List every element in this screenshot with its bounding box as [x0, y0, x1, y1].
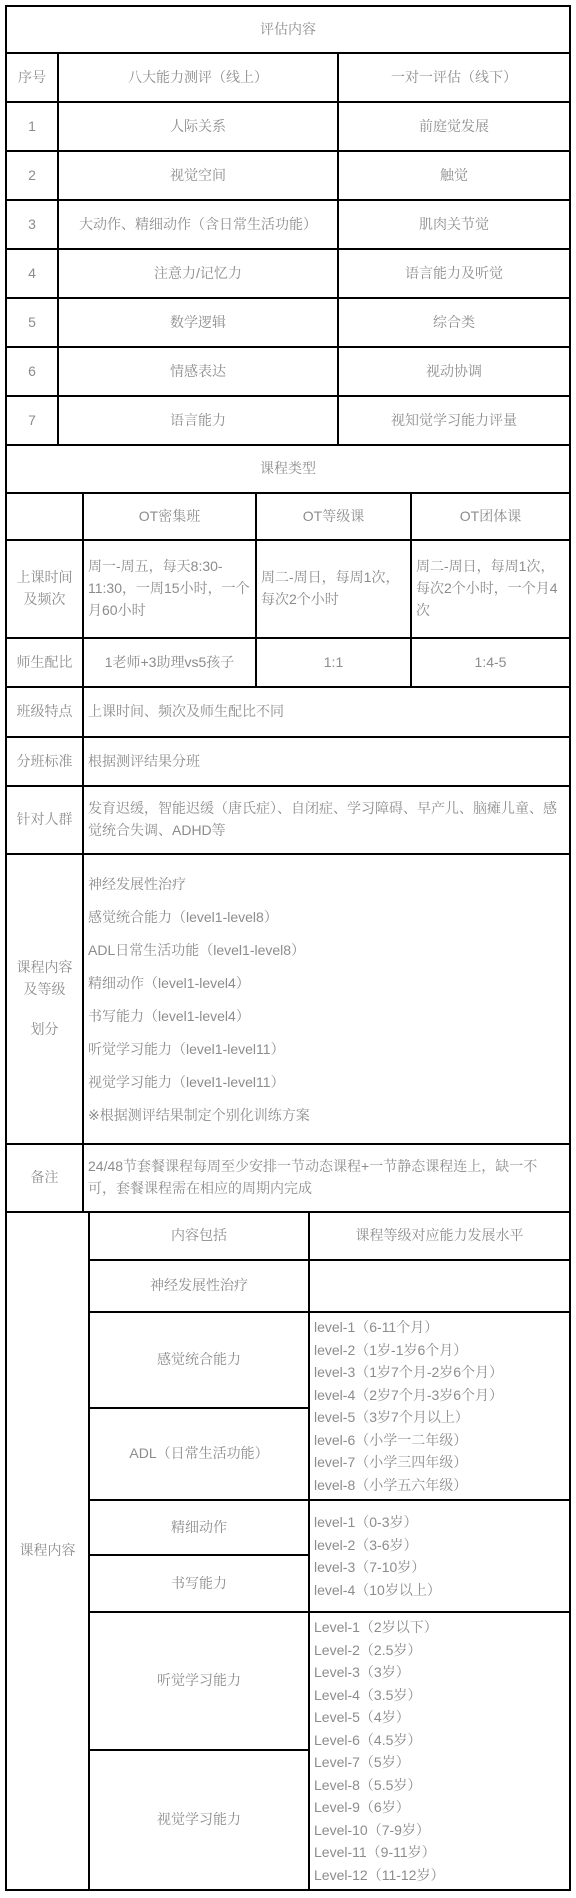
visual-learning-item: 视觉学习能力 [89, 1750, 309, 1890]
online-item: 语言能力 [58, 396, 338, 445]
placement-label: 分班标准 [6, 737, 83, 786]
ratio-group: 1:4-5 [411, 638, 570, 687]
page: 评估内容 序号 八大能力测评（线上） 一对一评估（线下） 1 人际关系 前庭觉发… [0, 0, 576, 1896]
auditory-learning-item: 听觉学习能力 [89, 1612, 309, 1750]
auditory-row: 听觉学习能力 Level-1（2岁以下）Level-2（2.5岁）Level-3… [6, 1612, 570, 1750]
learning-levels-list: Level-1（2岁以下）Level-2（2.5岁）Level-3（3岁）Lev… [309, 1612, 570, 1890]
ratio-level: 1:1 [256, 638, 411, 687]
ndt-item: 神经发展性治疗 [89, 1260, 309, 1312]
row-index: 1 [6, 102, 58, 151]
row-index: 7 [6, 396, 58, 445]
class-feature-value: 上课时间、频次及师生配比不同 [83, 687, 570, 737]
course-type-title: 课程类型 [6, 445, 570, 493]
schedule-label: 上课时间及频次 [6, 540, 83, 638]
course-type-title-row: 课程类型 [6, 445, 570, 493]
notes-value: 24/48节套餐课程每周至少安排一节动态课程+一节静态课程连上，缺一不可，套餐课… [83, 1144, 570, 1212]
row-index: 3 [6, 200, 58, 249]
adl-item: ADL（日常生活功能） [89, 1408, 309, 1500]
content-levels-list: 神经发展性治疗感觉统合能力（level1-level8）ADL日常生活功能（le… [83, 854, 570, 1144]
assessment-header-row: 序号 八大能力测评（线上） 一对一评估（线下） [6, 53, 570, 102]
course-content-header-row: 课程内容 内容包括 课程等级对应能力发展水平 [6, 1212, 570, 1260]
online-item: 人际关系 [58, 102, 338, 151]
content-include-header: 内容包括 [89, 1212, 309, 1260]
online-item: 大动作、精细动作（含日常生活功能） [58, 200, 338, 249]
placement-row: 分班标准 根据测评结果分班 [6, 737, 570, 786]
offline-item: 语言能力及听觉 [338, 249, 570, 298]
motor-levels-list: level-1（0-3岁）level-2（3-6岁）level-3（7-10岁）… [309, 1500, 570, 1612]
col-header-online-assessment: 八大能力测评（线上） [58, 53, 338, 102]
fine-motor-item: 精细动作 [89, 1500, 309, 1555]
table-row: 4 注意力/记忆力 语言能力及听觉 [6, 249, 570, 298]
table-row: 3 大动作、精细动作（含日常生活功能） 肌肉关节觉 [6, 200, 570, 249]
content-levels-row: 课程内容及等级 划分 神经发展性治疗感觉统合能力（level1-level8）A… [6, 854, 570, 1144]
row-index: 2 [6, 151, 58, 200]
audience-label: 针对人群 [6, 786, 83, 854]
offline-item: 视知觉学习能力评量 [338, 396, 570, 445]
assessment-table: 评估内容 序号 八大能力测评（线上） 一对一评估（线下） 1 人际关系 前庭觉发… [5, 5, 571, 446]
row-index: 4 [6, 249, 58, 298]
sensory-row: 感觉统合能力 level-1（6-11个月）level-2（1岁-1岁6个月）l… [6, 1312, 570, 1408]
schedule-group: 周二-周日，每周1次，每次2个小时，一个月4次 [411, 540, 570, 638]
content-levels-label: 课程内容及等级 划分 [6, 854, 83, 1144]
sensory-integration-item: 感觉统合能力 [89, 1312, 309, 1408]
notes-row: 备注 24/48节套餐课程每周至少安排一节动态课程+一节静态课程连上，缺一不可，… [6, 1144, 570, 1212]
class-feature-row: 班级特点 上课时间、频次及师生配比不同 [6, 687, 570, 737]
row-index: 5 [6, 298, 58, 347]
schedule-level: 周二-周日，每周1次，每次2个小时 [256, 540, 411, 638]
row-index: 6 [6, 347, 58, 396]
audience-value: 发育迟缓，智能迟缓（唐氏症）、自闭症、学习障碍、早产儿、脑瘫儿童、感觉统合失调、… [83, 786, 570, 854]
content-levels-label-line1: 课程内容及等级 [11, 957, 78, 1000]
assessment-title-row: 评估内容 [6, 6, 570, 53]
ratio-intensive: 1老师+3助理vs5孩子 [83, 638, 256, 687]
course-content-table: 课程内容 内容包括 课程等级对应能力发展水平 神经发展性治疗 感觉统合能力 le… [5, 1211, 571, 1891]
course-type-header-row: OT密集班 OT等级课 OT团体课 [6, 493, 570, 540]
table-row: 7 语言能力 视知觉学习能力评量 [6, 396, 570, 445]
placement-value: 根据测评结果分班 [83, 737, 570, 786]
schedule-row: 上课时间及频次 周一-周五，每天8:30-11:30，一周15小时，一个月60小… [6, 540, 570, 638]
online-item: 注意力/记忆力 [58, 249, 338, 298]
assessment-title: 评估内容 [6, 6, 570, 53]
table-row: 1 人际关系 前庭觉发展 [6, 102, 570, 151]
audience-row: 针对人群 发育迟缓，智能迟缓（唐氏症）、自闭症、学习障碍、早产儿、脑瘫儿童、感觉… [6, 786, 570, 854]
schedule-intensive: 周一-周五，每天8:30-11:30，一周15小时，一个月60小时 [83, 540, 256, 638]
online-item: 数学逻辑 [58, 298, 338, 347]
ratio-row: 师生配比 1老师+3助理vs5孩子 1:1 1:4-5 [6, 638, 570, 687]
fine-motor-row: 精细动作 level-1（0-3岁）level-2（3-6岁）level-3（7… [6, 1500, 570, 1555]
ndt-row: 神经发展性治疗 [6, 1260, 570, 1312]
table-row: 5 数学逻辑 综合类 [6, 298, 570, 347]
content-levels-label-line2: 划分 [11, 1019, 78, 1041]
ot-level-class-header: OT等级课 [256, 493, 411, 540]
offline-item: 视动协调 [338, 347, 570, 396]
ratio-label: 师生配比 [6, 638, 83, 687]
ot-intensive-class-header: OT密集班 [83, 493, 256, 540]
online-item: 情感表达 [58, 347, 338, 396]
notes-label: 备注 [6, 1144, 83, 1212]
ot-group-class-header: OT团体课 [411, 493, 570, 540]
offline-item: 触觉 [338, 151, 570, 200]
offline-item: 综合类 [338, 298, 570, 347]
class-feature-label: 班级特点 [6, 687, 83, 737]
table-row: 6 情感表达 视动协调 [6, 347, 570, 396]
course-type-table: 课程类型 OT密集班 OT等级课 OT团体课 上课时间及频次 周一-周五，每天8… [5, 444, 571, 1213]
offline-item: 前庭觉发展 [338, 102, 570, 151]
corner-empty-cell [6, 493, 83, 540]
online-item: 视觉空间 [58, 151, 338, 200]
level-ability-header: 课程等级对应能力发展水平 [309, 1212, 570, 1260]
course-content-label: 课程内容 [6, 1212, 89, 1890]
table-row: 2 视觉空间 触觉 [6, 151, 570, 200]
col-header-offline-assessment: 一对一评估（线下） [338, 53, 570, 102]
writing-item: 书写能力 [89, 1555, 309, 1612]
offline-item: 肌肉关节觉 [338, 200, 570, 249]
sensory-levels-list: level-1（6-11个月）level-2（1岁-1岁6个月）level-3（… [309, 1312, 570, 1500]
ndt-empty-cell [309, 1260, 570, 1312]
col-header-index: 序号 [6, 53, 58, 102]
